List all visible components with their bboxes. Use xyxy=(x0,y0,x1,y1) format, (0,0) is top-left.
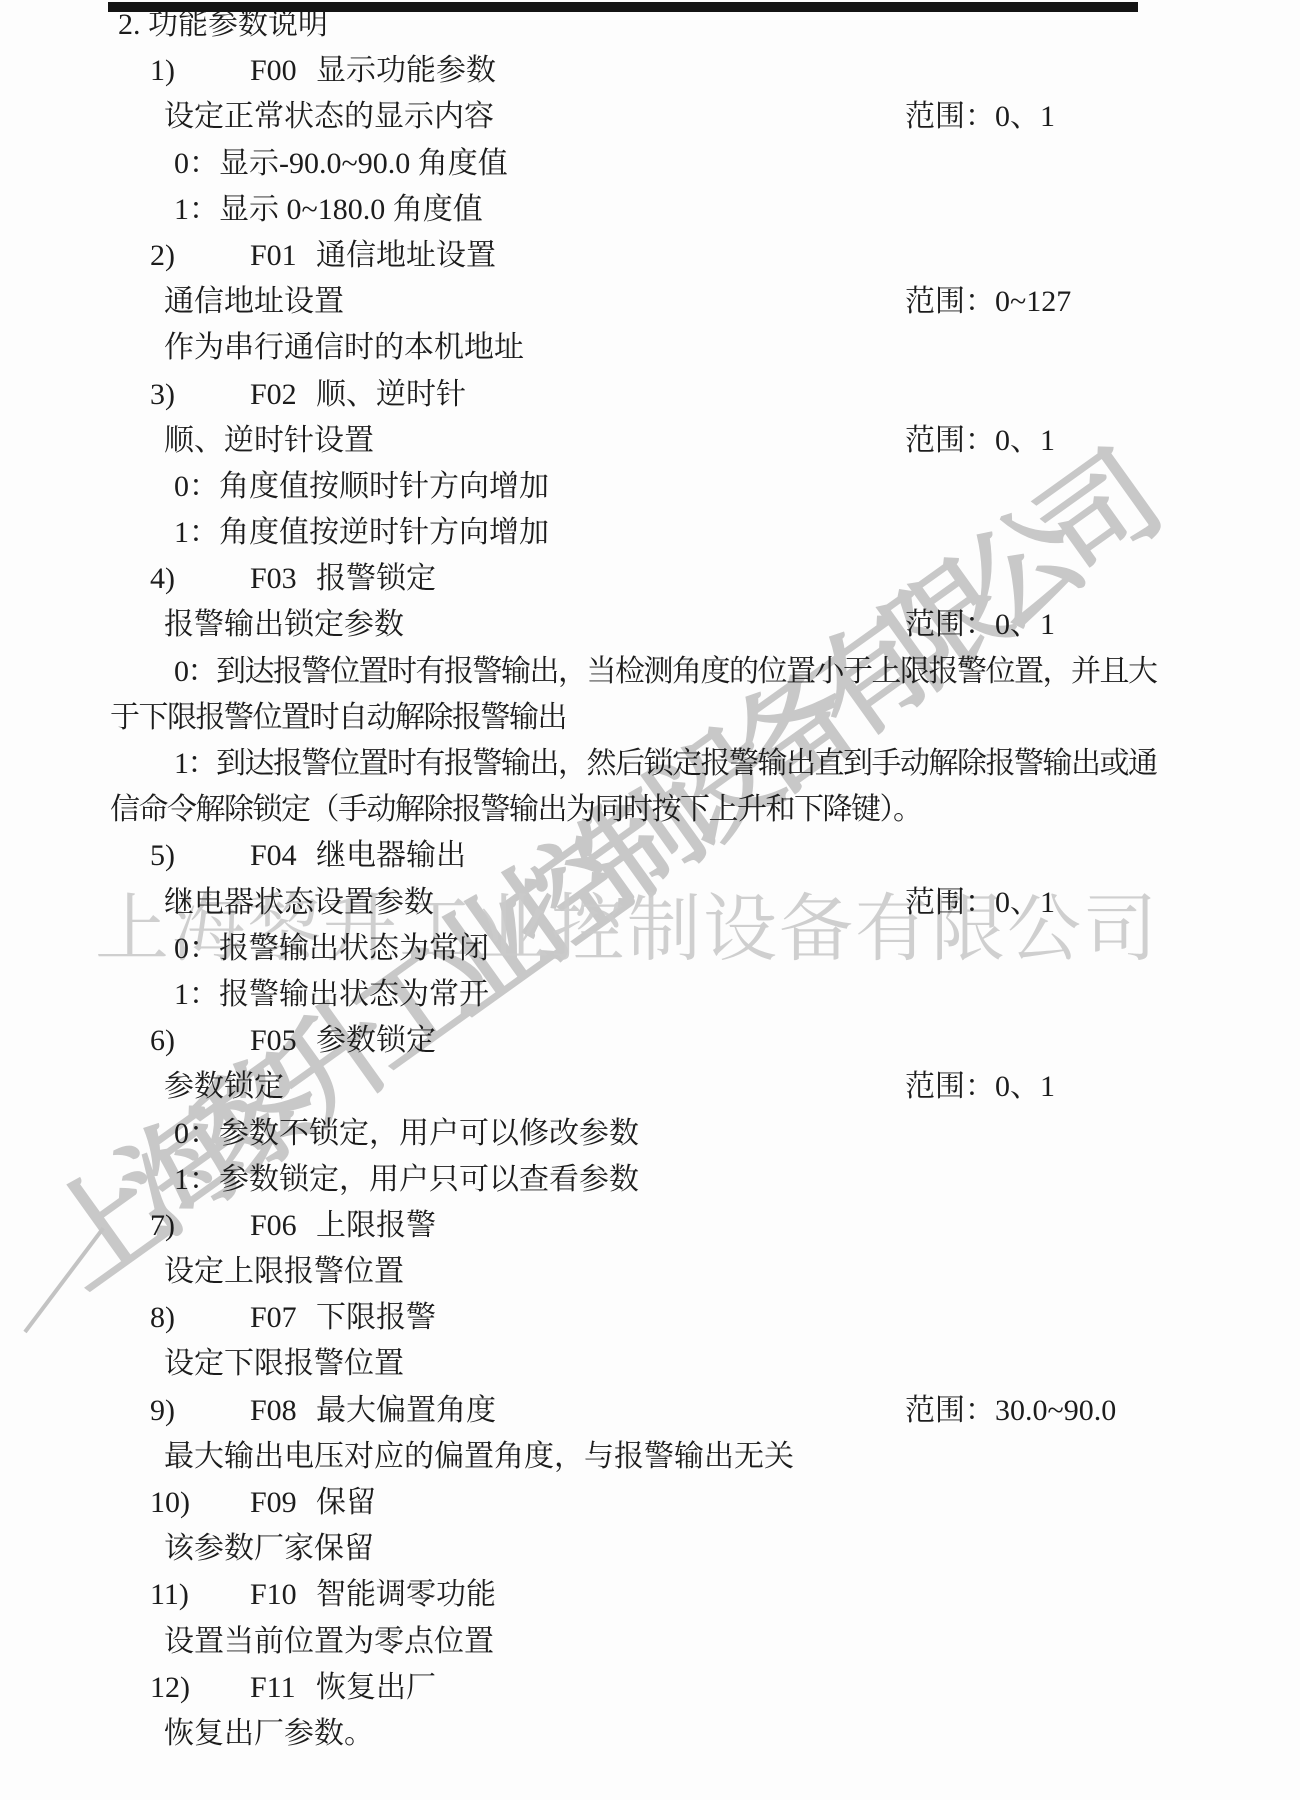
param-code: F03 xyxy=(250,556,316,602)
param-number: 8) xyxy=(150,1295,250,1341)
line-text: 设置当前位置为零点位置 xyxy=(164,1625,494,1658)
param-option-line: 0：显示-90.0~90.0 角度值 xyxy=(0,141,1300,187)
line-text: 报警输出锁定参数 xyxy=(164,608,404,641)
param-item-heading: 2)F01通信地址设置 xyxy=(0,233,1300,279)
param-code: F00 xyxy=(250,48,316,94)
param-paragraph-line: 1：到达报警位置时有报警输出，然后锁定报警输出直到手动解除报警输出或通 xyxy=(0,741,1300,787)
param-desc-line: 最大输出电压对应的偏置角度，与报警输出无关 xyxy=(0,1434,1300,1480)
param-item-heading: 7)F06上限报警 xyxy=(0,1203,1300,1249)
line-text: 继电器状态设置参数 xyxy=(164,886,434,919)
param-option-line: 0：角度值按顺时针方向增加 xyxy=(0,464,1300,510)
param-desc-line: 该参数厂家保留 xyxy=(0,1526,1300,1572)
line-text: 1：参数锁定，用户只可以查看参数 xyxy=(174,1163,639,1196)
param-code: F05 xyxy=(250,1018,316,1064)
line-text: 1：角度值按逆时针方向增加 xyxy=(174,516,549,549)
param-option-line: 1：显示 0~180.0 角度值 xyxy=(0,187,1300,233)
param-desc-line: 继电器状态设置参数范围：0、1 xyxy=(0,880,1300,926)
line-text: 0：显示-90.0~90.0 角度值 xyxy=(174,147,508,180)
range-label: 范围：0、1 xyxy=(905,602,1055,648)
param-number: 2) xyxy=(150,233,250,279)
param-number: 9) xyxy=(150,1388,250,1434)
param-paragraph-line: 0：到达报警位置时有报警输出，当检测角度的位置小于上限报警位置，并且大 xyxy=(0,649,1300,695)
param-number: 10) xyxy=(150,1480,250,1526)
param-name: 报警锁定 xyxy=(316,562,436,595)
line-text: 作为串行通信时的本机地址 xyxy=(164,331,524,364)
param-code: F09 xyxy=(250,1480,316,1526)
param-code: F01 xyxy=(250,233,316,279)
line-text: 1：报警输出状态为常开 xyxy=(174,978,489,1011)
param-code: F06 xyxy=(250,1203,316,1249)
line-text: 参数锁定 xyxy=(164,1070,284,1103)
line-text: 该参数厂家保留 xyxy=(164,1532,374,1565)
line-text: 0：报警输出状态为常闭 xyxy=(174,932,489,965)
param-number: 12) xyxy=(150,1665,250,1711)
line-text: 0：角度值按顺时针方向增加 xyxy=(174,470,549,503)
param-code: F10 xyxy=(250,1572,316,1618)
line-text: 顺、逆时针设置 xyxy=(164,424,374,457)
param-desc-line: 顺、逆时针设置范围：0、1 xyxy=(0,418,1300,464)
param-desc-line: 设定下限报警位置 xyxy=(0,1341,1300,1387)
line-text: 1：显示 0~180.0 角度值 xyxy=(174,193,483,226)
line-text: 设定上限报警位置 xyxy=(164,1255,404,1288)
range-label: 范围：0、1 xyxy=(905,418,1055,464)
param-paragraph-line: 于下限报警位置时自动解除报警输出 xyxy=(0,695,1300,741)
param-name: 参数锁定 xyxy=(316,1024,436,1057)
line-text: 通信地址设置 xyxy=(164,285,344,318)
line-text: 于下限报警位置时自动解除报警输出 xyxy=(110,701,566,734)
param-name: 智能调零功能 xyxy=(316,1578,496,1611)
param-number: 1) xyxy=(150,48,250,94)
param-desc-line: 作为串行通信时的本机地址 xyxy=(0,325,1300,371)
range-label: 范围：0、1 xyxy=(905,94,1055,140)
param-option-line: 0：参数不锁定，用户可以修改参数 xyxy=(0,1111,1300,1157)
line-text: 设定下限报警位置 xyxy=(164,1347,404,1380)
param-code: F07 xyxy=(250,1295,316,1341)
param-code: F04 xyxy=(250,833,316,879)
param-option-line: 1：角度值按逆时针方向增加 xyxy=(0,510,1300,556)
param-name: 上限报警 xyxy=(316,1209,436,1242)
param-paragraph-line: 信命令解除锁定（手动解除报警输出为同时按下上升和下降键）。 xyxy=(0,787,1300,833)
param-name: 显示功能参数 xyxy=(316,54,496,87)
param-item-heading: 12)F11恢复出厂 xyxy=(0,1665,1300,1711)
param-desc-line: 设定上限报警位置 xyxy=(0,1249,1300,1295)
range-label: 范围：30.0~90.0 xyxy=(905,1388,1116,1434)
param-desc-line: 报警输出锁定参数范围：0、1 xyxy=(0,602,1300,648)
param-item-heading: 8)F07下限报警 xyxy=(0,1295,1300,1341)
param-item-heading: 9)F08最大偏置角度范围：30.0~90.0 xyxy=(0,1388,1300,1434)
line-text: 0：参数不锁定，用户可以修改参数 xyxy=(174,1117,639,1150)
range-label: 范围：0、1 xyxy=(905,1064,1055,1110)
param-item-heading: 11)F10智能调零功能 xyxy=(0,1572,1300,1618)
range-label: 范围：0~127 xyxy=(905,279,1071,325)
param-desc-line: 设定正常状态的显示内容范围：0、1 xyxy=(0,94,1300,140)
param-desc-line: 恢复出厂参数。 xyxy=(0,1711,1300,1757)
line-text: 1：到达报警位置时有报警输出，然后锁定报警输出直到手动解除报警输出或通 xyxy=(174,747,1157,780)
param-code: F02 xyxy=(250,372,316,418)
scanned-manual-page: 上海黎升工业控制设备有限公司 上海黎升工业控制设备有限公司 2. 功能参数说明1… xyxy=(0,0,1300,1800)
param-number: 7) xyxy=(150,1203,250,1249)
param-number: 4) xyxy=(150,556,250,602)
param-item-heading: 3)F02顺、逆时针 xyxy=(0,372,1300,418)
param-name: 继电器输出 xyxy=(316,839,466,872)
page-top-rule xyxy=(108,2,1138,12)
param-name: 通信地址设置 xyxy=(316,239,496,272)
line-text: 2. 功能参数说明 xyxy=(118,8,328,41)
param-name: 下限报警 xyxy=(316,1301,436,1334)
line-text: 最大输出电压对应的偏置角度，与报警输出无关 xyxy=(164,1440,794,1473)
param-desc-line: 通信地址设置范围：0~127 xyxy=(0,279,1300,325)
param-desc-line: 设置当前位置为零点位置 xyxy=(0,1619,1300,1665)
document-body: 2. 功能参数说明1)F00显示功能参数设定正常状态的显示内容范围：0、10：显… xyxy=(0,2,1300,1757)
param-number: 5) xyxy=(150,833,250,879)
param-number: 6) xyxy=(150,1018,250,1064)
line-text: 恢复出厂参数。 xyxy=(164,1717,374,1750)
param-code: F08 xyxy=(250,1388,316,1434)
line-text: 0：到达报警位置时有报警输出，当检测角度的位置小于上限报警位置，并且大 xyxy=(174,655,1157,688)
param-name: 最大偏置角度 xyxy=(316,1394,496,1427)
param-code: F11 xyxy=(250,1665,316,1711)
param-desc-line: 参数锁定范围：0、1 xyxy=(0,1064,1300,1110)
param-item-heading: 10)F09保留 xyxy=(0,1480,1300,1526)
param-name: 保留 xyxy=(316,1486,376,1519)
param-option-line: 1：报警输出状态为常开 xyxy=(0,972,1300,1018)
param-name: 顺、逆时针 xyxy=(316,378,466,411)
param-item-heading: 6)F05参数锁定 xyxy=(0,1018,1300,1064)
param-number: 11) xyxy=(150,1572,250,1618)
param-item-heading: 5)F04继电器输出 xyxy=(0,833,1300,879)
line-text: 设定正常状态的显示内容 xyxy=(164,100,494,133)
range-label: 范围：0、1 xyxy=(905,880,1055,926)
line-text: 信命令解除锁定（手动解除报警输出为同时按下上升和下降键）。 xyxy=(110,793,922,826)
param-option-line: 1：参数锁定，用户只可以查看参数 xyxy=(0,1157,1300,1203)
param-item-heading: 4)F03报警锁定 xyxy=(0,556,1300,602)
param-item-heading: 1)F00显示功能参数 xyxy=(0,48,1300,94)
param-option-line: 0：报警输出状态为常闭 xyxy=(0,926,1300,972)
param-name: 恢复出厂 xyxy=(316,1671,436,1704)
param-number: 3) xyxy=(150,372,250,418)
